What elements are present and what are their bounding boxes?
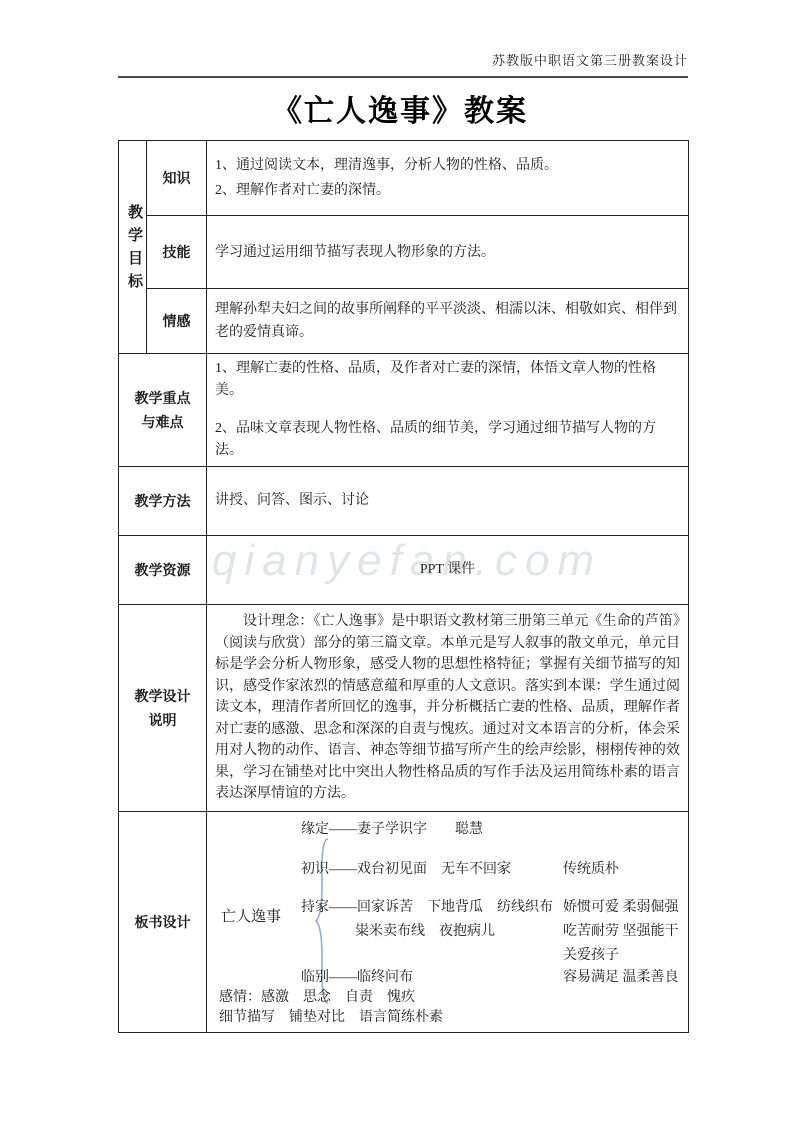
- table-row-resource: 教学资源 PPT 课件: [119, 536, 689, 605]
- lesson-plan-table: 教学目标 知识 1、通过阅读文本，理清逸事，分析人物的性格、品质。 2、理解作者…: [118, 140, 689, 1033]
- knowledge-label: 知识: [147, 141, 207, 216]
- board-subject: 亡人逸事: [221, 908, 281, 927]
- board-trait-3: 吃苦耐劳 坚强能干: [563, 922, 679, 941]
- board-emotion-summary: 感情：感激 思念 自责 愧疚: [219, 988, 415, 1007]
- knowledge-content: 1、通过阅读文本，理清逸事，分析人物的性格、品质。 2、理解作者对亡妻的深情。: [207, 141, 689, 216]
- board-line-linbie: 临别——临终问布: [301, 968, 413, 987]
- emotion-label: 情感: [147, 289, 207, 354]
- keypoint-item-2: 2、品味文章表现人物性格、品质的细节美，学习通过细节描写人物的方法。: [215, 418, 680, 462]
- board-trait-4: 关爱孩子: [563, 946, 619, 965]
- table-row-knowledge: 教学目标 知识 1、通过阅读文本，理清逸事，分析人物的性格、品质。 2、理解作者…: [119, 141, 689, 216]
- table-row-method: 教学方法 讲授、问答、图示、讨论: [119, 467, 689, 536]
- board-line-yuanding: 缘定——妻子学识字 聪慧: [301, 820, 483, 839]
- design-note-label: 教学设计 说明: [119, 605, 207, 812]
- table-row-emotion: 情感 理解孙犁夫妇之间的故事所阐释的平平淡淡、相濡以沫、相敬如宾、相伴到老的爱情…: [119, 289, 689, 354]
- keypoints-content: 1、理解亡妻的性格、品质，及作者对亡妻的深情，体悟文章人物的性格美。 2、品味文…: [207, 354, 689, 467]
- resource-label: 教学资源: [119, 536, 207, 605]
- board-line-chushi: 初识——戏台初见面 无车不回家: [301, 860, 511, 879]
- keypoint-item-1: 1、理解亡妻的性格、品质，及作者对亡妻的深情，体悟文章人物的性格美。: [215, 358, 680, 402]
- knowledge-line-2: 2、理解作者对亡妻的深情。: [215, 178, 680, 203]
- objectives-group-label: 教学目标: [127, 201, 144, 293]
- board-line-chijia-2: 粜米卖布线 夜抱病儿: [355, 922, 495, 941]
- skill-content: 学习通过运用细节描写表现人物形象的方法。: [207, 216, 689, 289]
- board-trait-2: 娇惯可爱 柔弱倔强: [563, 898, 679, 917]
- board-line-chijia: 持家——回家诉苦 下地背瓜 纺线织布: [301, 898, 553, 917]
- board-technique-summary: 细节描写 铺垫对比 语言简练朴素: [219, 1008, 443, 1027]
- header-note: 苏教版中职语文第三册教案设计: [118, 50, 688, 78]
- board-diagram: 亡人逸事 缘定——妻子学识字 聪慧 初识——戏台初见面 无车不回家 传统质朴 持…: [215, 816, 680, 1028]
- skill-line: 学习通过运用细节描写表现人物形象的方法。: [215, 240, 680, 265]
- board-trait-1: 传统质朴: [563, 860, 619, 879]
- board-label: 板书设计: [119, 811, 207, 1032]
- table-row-skill: 技能 学习通过运用细节描写表现人物形象的方法。: [119, 216, 689, 289]
- design-note-paragraph: 设计理念：《亡人逸事》是中职语文教材第三册第三单元《生命的芦笛》（阅读与欣赏）部…: [215, 611, 680, 805]
- page-title: 《亡人逸事》教案: [0, 86, 800, 130]
- skill-label: 技能: [147, 216, 207, 289]
- table-row-board: 板书设计 亡人逸事 缘定——妻子学识字 聪慧 初识——戏台初见面 无车不回家 传…: [119, 811, 689, 1032]
- keypoints-label: 教学重点 与难点: [119, 354, 207, 467]
- resource-content: PPT 课件: [207, 536, 689, 605]
- method-content: 讲授、问答、图示、讨论: [207, 467, 689, 536]
- emotion-content: 理解孙犁夫妇之间的故事所阐释的平平淡淡、相濡以沫、相敬如宾、相伴到老的爱情真谛。: [207, 289, 689, 354]
- method-label: 教学方法: [119, 467, 207, 536]
- table-row-design-note: 教学设计 说明 设计理念：《亡人逸事》是中职语文教材第三册第三单元《生命的芦笛》…: [119, 605, 689, 812]
- emotion-line: 理解孙犁夫妇之间的故事所阐释的平平淡淡、相濡以沫、相敬如宾、相伴到老的爱情真谛。: [215, 298, 680, 344]
- board-trait-5: 容易满足 温柔善良: [563, 968, 679, 987]
- knowledge-line-1: 1、通过阅读文本，理清逸事，分析人物的性格、品质。: [215, 153, 680, 178]
- board-content: 亡人逸事 缘定——妻子学识字 聪慧 初识——戏台初见面 无车不回家 传统质朴 持…: [207, 811, 689, 1032]
- objectives-group-cell: 教学目标: [119, 141, 147, 354]
- design-note-content: 设计理念：《亡人逸事》是中职语文教材第三册第三单元《生命的芦笛》（阅读与欣赏）部…: [207, 605, 689, 812]
- table-row-keypoints: 教学重点 与难点 1、理解亡妻的性格、品质，及作者对亡妻的深情，体悟文章人物的性…: [119, 354, 689, 467]
